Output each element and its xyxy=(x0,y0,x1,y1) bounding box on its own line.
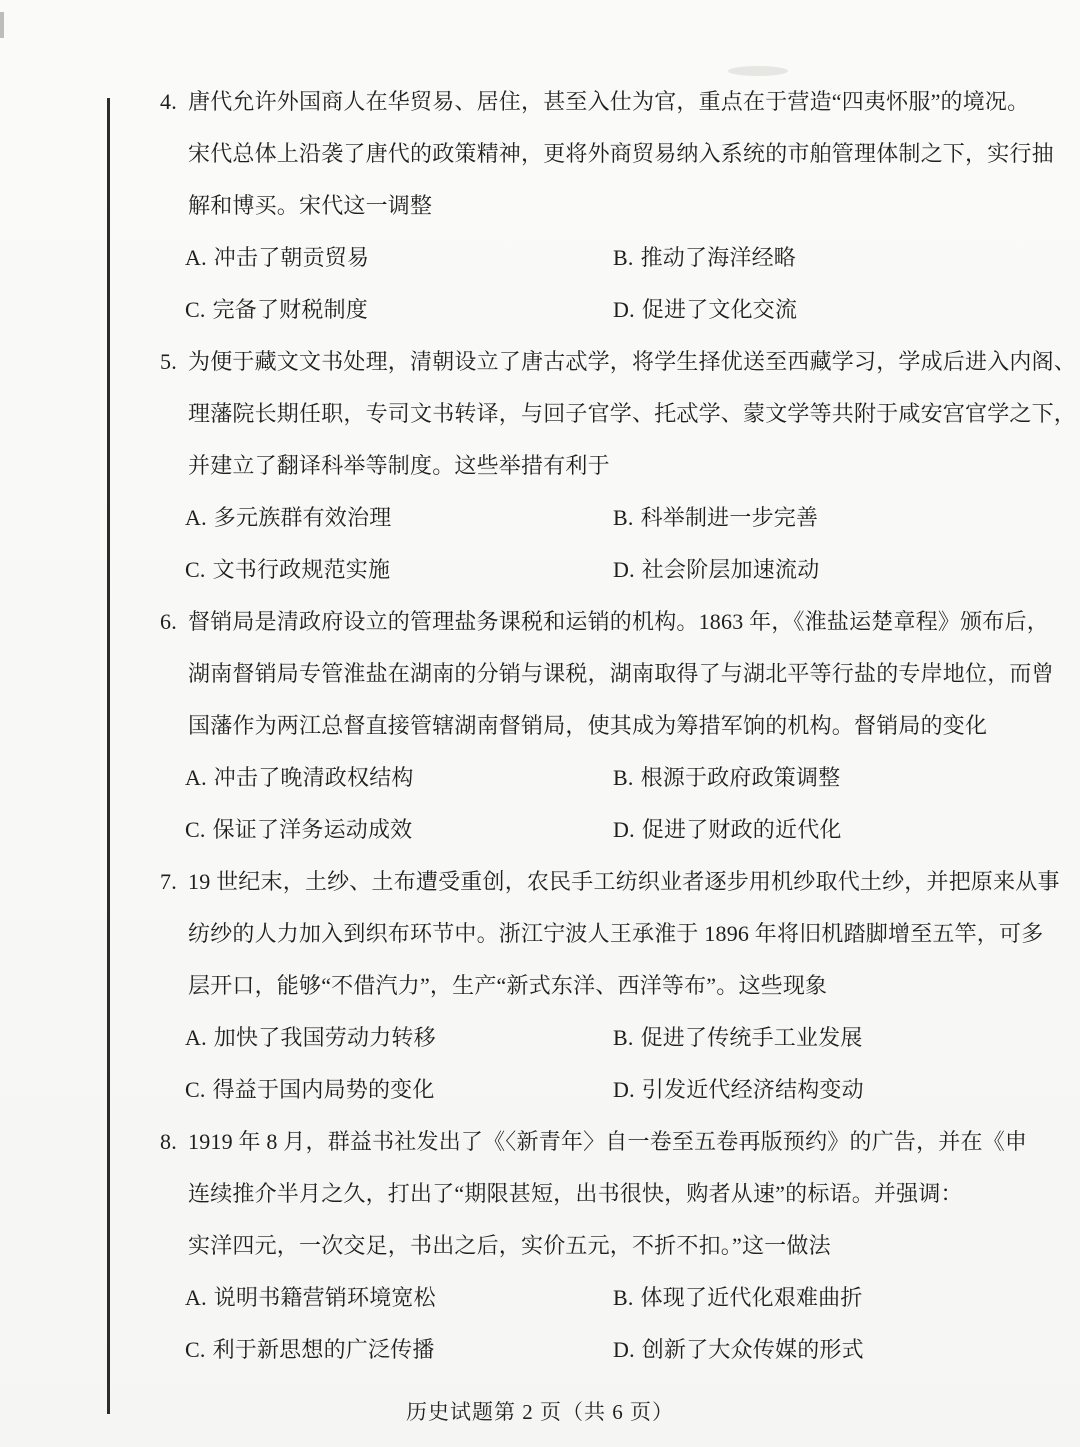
question-stem-text: 理藩院长期任职，专司文书转译，与回子官学、托忒学、蒙文学等共附于咸安宫官学之下， xyxy=(188,401,1076,426)
option-text: 促进了传统手工业发展 xyxy=(641,1025,863,1050)
option-row: A.冲击了晚清政权结构B.根源于政府政策调整 xyxy=(160,752,1080,804)
option-label: C. xyxy=(185,817,206,842)
option-text: 社会阶层加速流动 xyxy=(642,557,820,582)
question-stem-line: 国藩作为两江总督直接管辖湖南督销局，使其成为筹措军饷的机构。督销局的变化 xyxy=(160,700,1080,752)
page-footer: 历史试题第 2 页（共 6 页） xyxy=(0,1386,1080,1438)
option-text: 创新了大众传媒的形式 xyxy=(642,1337,864,1362)
question-stem-line: 并建立了翻译科举等制度。这些举措有利于 xyxy=(160,440,1080,492)
question-stem-line: 层开口，能够“不借汽力”，生产“新式东洋、西洋等布”。这些现象 xyxy=(160,960,1080,1012)
option-label: B. xyxy=(613,765,634,790)
option-c: C.得益于国内局势的变化 xyxy=(185,1064,613,1116)
option-text: 保证了洋务运动成效 xyxy=(213,817,413,842)
option-c: C.文书行政规范实施 xyxy=(185,544,613,596)
question-stem-text: 实洋四元，一次交足，书出之后，实价五元，不折不扣。”这一做法 xyxy=(188,1233,831,1258)
question-stem-text: 连续推介半月之久，打出了“期限甚短，出书很快，购者从速”的标语。并强调： xyxy=(188,1181,963,1206)
option-a: A.加快了我国劳动力转移 xyxy=(185,1012,613,1064)
question-stem-text: 19 世纪末，土纱、土布遭受重创，农民手工纺织业者逐步用机纱取代土纱，并把原来从… xyxy=(188,869,1060,894)
question-stem-text: 宋代总体上沿袭了唐代的政策精神，更将外商贸易纳入系统的市舶管理体制之下，实行抽 xyxy=(188,141,1054,166)
question-stem-line: 5.为便于藏文文书处理，清朝设立了唐古忒学，将学生择优送至西藏学习，学成后进入内… xyxy=(160,336,1080,388)
option-label: A. xyxy=(185,1285,207,1310)
question-stem-line: 7.19 世纪末，土纱、土布遭受重创，农民手工纺织业者逐步用机纱取代土纱，并把原… xyxy=(160,856,1080,908)
option-row: C.利于新思想的广泛传播D.创新了大众传媒的形式 xyxy=(160,1324,1080,1376)
question-stem-line: 宋代总体上沿袭了唐代的政策精神，更将外商贸易纳入系统的市舶管理体制之下，实行抽 xyxy=(160,128,1080,180)
option-label: C. xyxy=(185,297,206,322)
option-text: 利于新思想的广泛传播 xyxy=(213,1337,435,1362)
option-row: A.说明书籍营销环境宽松B.体现了近代化艰难曲折 xyxy=(160,1272,1080,1324)
questions-list: 4.唐代允许外国商人在华贸易、居住，甚至入仕为官，重点在于营造“四夷怀服”的境况… xyxy=(160,76,1080,1376)
option-row: C.文书行政规范实施D.社会阶层加速流动 xyxy=(160,544,1080,596)
option-b: B.促进了传统手工业发展 xyxy=(613,1012,863,1064)
option-d: D.促进了文化交流 xyxy=(613,284,797,336)
option-d: D.创新了大众传媒的形式 xyxy=(613,1324,864,1376)
question-stem-text: 1919 年 8 月，群益书社发出了《〈新青年〉自一卷至五卷再版预约》的广告，并… xyxy=(188,1129,1027,1154)
option-label: D. xyxy=(613,817,635,842)
option-text: 根源于政府政策调整 xyxy=(641,765,841,790)
question-stem-text: 唐代允许外国商人在华贸易、居住，甚至入仕为官，重点在于营造“四夷怀服”的境况。 xyxy=(188,89,1029,114)
left-margin-rule xyxy=(107,98,110,1414)
option-label: B. xyxy=(613,245,634,270)
question-block: 7.19 世纪末，土纱、土布遭受重创，农民手工纺织业者逐步用机纱取代土纱，并把原… xyxy=(160,856,1080,1116)
question-stem-text: 解和博买。宋代这一调整 xyxy=(188,193,432,218)
option-label: C. xyxy=(185,557,206,582)
option-text: 冲击了晚清政权结构 xyxy=(214,765,414,790)
option-text: 促进了文化交流 xyxy=(642,297,797,322)
option-a: A.冲击了晚清政权结构 xyxy=(185,752,613,804)
question-number: 5. xyxy=(160,336,188,388)
option-a: A.冲击了朝贡贸易 xyxy=(185,232,613,284)
option-c: C.完备了财税制度 xyxy=(185,284,613,336)
option-d: D.引发近代经济结构变动 xyxy=(613,1064,864,1116)
option-label: D. xyxy=(613,1077,635,1102)
option-d: D.促进了财政的近代化 xyxy=(613,804,842,856)
question-number: 6. xyxy=(160,596,188,648)
option-text: 推动了海洋经略 xyxy=(641,245,796,270)
option-b: B.体现了近代化艰难曲折 xyxy=(613,1272,863,1324)
option-text: 加快了我国劳动力转移 xyxy=(214,1025,436,1050)
option-label: A. xyxy=(185,505,207,530)
option-a: A.多元族群有效治理 xyxy=(185,492,613,544)
option-text: 得益于国内局势的变化 xyxy=(213,1077,435,1102)
option-a: A.说明书籍营销环境宽松 xyxy=(185,1272,613,1324)
question-stem-line: 解和博买。宋代这一调整 xyxy=(160,180,1080,232)
question-stem-line: 理藩院长期任职，专司文书转译，与回子官学、托忒学、蒙文学等共附于咸安宫官学之下， xyxy=(160,388,1080,440)
option-text: 冲击了朝贡贸易 xyxy=(214,245,369,270)
option-b: B.根源于政府政策调整 xyxy=(613,752,840,804)
question-stem-text: 国藩作为两江总督直接管辖湖南督销局，使其成为筹措军饷的机构。督销局的变化 xyxy=(188,713,987,738)
option-text: 多元族群有效治理 xyxy=(214,505,392,530)
option-row: C.得益于国内局势的变化D.引发近代经济结构变动 xyxy=(160,1064,1080,1116)
question-stem-line: 4.唐代允许外国商人在华贸易、居住，甚至入仕为官，重点在于营造“四夷怀服”的境况… xyxy=(160,76,1080,128)
option-c: C.利于新思想的广泛传播 xyxy=(185,1324,613,1376)
exam-paper-page: 4.唐代允许外国商人在华贸易、居住，甚至入仕为官，重点在于营造“四夷怀服”的境况… xyxy=(0,0,1080,1447)
question-block: 5.为便于藏文文书处理，清朝设立了唐古忒学，将学生择优送至西藏学习，学成后进入内… xyxy=(160,336,1080,596)
question-stem-text: 层开口，能够“不借汽力”，生产“新式东洋、西洋等布”。这些现象 xyxy=(188,973,827,998)
option-row: C.保证了洋务运动成效D.促进了财政的近代化 xyxy=(160,804,1080,856)
option-text: 促进了财政的近代化 xyxy=(642,817,842,842)
option-label: C. xyxy=(185,1337,206,1362)
scan-artifact xyxy=(0,12,4,38)
option-b: B.科举制进一步完善 xyxy=(613,492,818,544)
option-d: D.社会阶层加速流动 xyxy=(613,544,819,596)
option-label: A. xyxy=(185,245,207,270)
question-block: 4.唐代允许外国商人在华贸易、居住，甚至入仕为官，重点在于营造“四夷怀服”的境况… xyxy=(160,76,1080,336)
question-stem-text: 纺纱的人力加入到织布环节中。浙江宁波人王承淮于 1896 年将旧机踏脚增至五竿，… xyxy=(188,921,1043,946)
option-text: 完备了财税制度 xyxy=(213,297,368,322)
option-label: B. xyxy=(613,505,634,530)
option-text: 科举制进一步完善 xyxy=(641,505,819,530)
option-text: 文书行政规范实施 xyxy=(213,557,391,582)
question-stem-text: 督销局是清政府设立的管理盐务课税和运销的机构。1863 年，《淮盐运楚章程》颁布… xyxy=(188,609,1049,634)
option-text: 引发近代经济结构变动 xyxy=(642,1077,864,1102)
question-stem-line: 6.督销局是清政府设立的管理盐务课税和运销的机构。1863 年，《淮盐运楚章程》… xyxy=(160,596,1080,648)
page-footer-text: 历史试题第 2 页（共 6 页） xyxy=(406,1400,674,1424)
option-label: D. xyxy=(613,297,635,322)
option-b: B.推动了海洋经略 xyxy=(613,232,796,284)
option-label: B. xyxy=(613,1285,634,1310)
option-label: D. xyxy=(613,1337,635,1362)
question-number: 4. xyxy=(160,76,188,128)
option-text: 说明书籍营销环境宽松 xyxy=(214,1285,436,1310)
option-label: D. xyxy=(613,557,635,582)
option-row: C.完备了财税制度D.促进了文化交流 xyxy=(160,284,1080,336)
question-stem-text: 为便于藏文文书处理，清朝设立了唐古忒学，将学生择优送至西藏学习，学成后进入内阁、 xyxy=(188,349,1076,374)
question-stem-text: 并建立了翻译科举等制度。这些举措有利于 xyxy=(188,453,610,478)
option-label: A. xyxy=(185,1025,207,1050)
option-label: A. xyxy=(185,765,207,790)
option-label: B. xyxy=(613,1025,634,1050)
question-stem-line: 湖南督销局专管淮盐在湖南的分销与课税，湖南取得了与湖北平等行盐的专岸地位，而曾 xyxy=(160,648,1080,700)
question-number: 7. xyxy=(160,856,188,908)
question-block: 8.1919 年 8 月，群益书社发出了《〈新青年〉自一卷至五卷再版预约》的广告… xyxy=(160,1116,1080,1376)
question-block: 6.督销局是清政府设立的管理盐务课税和运销的机构。1863 年，《淮盐运楚章程》… xyxy=(160,596,1080,856)
scan-artifact xyxy=(728,66,788,76)
option-row: A.多元族群有效治理B.科举制进一步完善 xyxy=(160,492,1080,544)
option-row: A.加快了我国劳动力转移B.促进了传统手工业发展 xyxy=(160,1012,1080,1064)
question-number: 8. xyxy=(160,1116,188,1168)
question-stem-line: 实洋四元，一次交足，书出之后，实价五元，不折不扣。”这一做法 xyxy=(160,1220,1080,1272)
option-text: 体现了近代化艰难曲折 xyxy=(641,1285,863,1310)
option-row: A.冲击了朝贡贸易B.推动了海洋经略 xyxy=(160,232,1080,284)
option-label: C. xyxy=(185,1077,206,1102)
question-stem-line: 连续推介半月之久，打出了“期限甚短，出书很快，购者从速”的标语。并强调： xyxy=(160,1168,1080,1220)
question-stem-text: 湖南督销局专管淮盐在湖南的分销与课税，湖南取得了与湖北平等行盐的专岸地位，而曾 xyxy=(188,661,1054,686)
option-c: C.保证了洋务运动成效 xyxy=(185,804,613,856)
question-stem-line: 8.1919 年 8 月，群益书社发出了《〈新青年〉自一卷至五卷再版预约》的广告… xyxy=(160,1116,1080,1168)
question-stem-line: 纺纱的人力加入到织布环节中。浙江宁波人王承淮于 1896 年将旧机踏脚增至五竿，… xyxy=(160,908,1080,960)
